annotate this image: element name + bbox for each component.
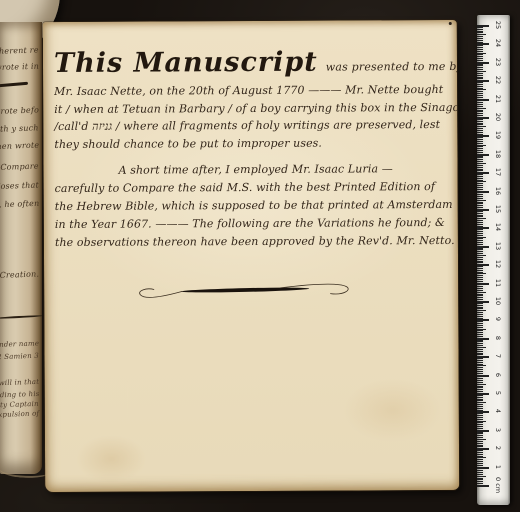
ruler-tick-mm [477, 200, 486, 201]
ruler-tick-cm [477, 135, 489, 137]
ruler-tick-mm [477, 88, 483, 89]
manuscript-line: the Hebrew Bible, which is supposed to b… [55, 196, 455, 216]
ruler-tick-mm [477, 382, 483, 383]
ruler-tick-mm [477, 308, 483, 309]
ruler-tick-mm [477, 424, 483, 425]
manuscript-line: carefully to Compare the said M.S. with … [55, 178, 455, 198]
ruler-tick-mm [477, 104, 483, 105]
ruler-tick-mm [477, 126, 486, 127]
ruler-tick-mm [477, 111, 483, 112]
ruler-tick-mm [477, 71, 486, 72]
ruler-tick-mm [477, 97, 483, 98]
ruler-number: 11 [494, 275, 502, 291]
ruler-tick-mm [477, 457, 486, 458]
ruler-tick-mm [477, 244, 483, 245]
ink-speck [449, 22, 452, 25]
ruler-tick-mm [477, 419, 483, 420]
ruler-tick-mm [477, 483, 483, 484]
ruler-number: 2 [494, 440, 502, 456]
ruler-tick-mm [477, 270, 483, 271]
ruler-tick-cm [477, 430, 489, 432]
ruler-tick-mm [477, 332, 483, 333]
ruler-tick-cm [477, 246, 489, 248]
facing-page-text-fragment: Judah Cohen wrote [0, 141, 39, 153]
ruler-tick-mm [477, 373, 483, 374]
ruler-tick-mm [477, 445, 483, 446]
ruler-tick-mm [477, 347, 486, 348]
ruler-number: 1 [494, 459, 502, 475]
ruler-tick-mm [477, 150, 483, 151]
ruler-tick-mm [477, 384, 486, 385]
ruler-tick-mm [477, 312, 483, 313]
ruler-tick-cm [477, 154, 489, 156]
ruler-tick-mm [477, 415, 483, 416]
ruler-tick-mm [477, 273, 486, 274]
ruler-tick-cm [477, 264, 489, 266]
ruler-tick-mm [477, 292, 486, 293]
ruler-tick-mm [477, 132, 483, 133]
ruler-tick-mm [477, 378, 483, 379]
ruler-number: 5 [494, 385, 502, 401]
ruler-tick-cm [477, 62, 489, 64]
ruler-number: 13 [494, 238, 502, 254]
ruler-tick-mm [477, 389, 483, 390]
ruler-tick-mm [477, 215, 483, 216]
ruler-tick-mm [477, 139, 483, 140]
ruler-tick-mm [477, 141, 483, 142]
ruler-tick-mm [477, 367, 483, 368]
ruler-tick-cm [477, 227, 489, 229]
ruler-tick-mm [477, 167, 483, 168]
ruler-tick-mm [477, 58, 483, 59]
manuscript-line: A short time after, I employed Mr. Isaac… [55, 160, 455, 180]
ruler-tick-mm [477, 406, 483, 407]
ruler-tick-cm [477, 43, 489, 45]
ruler-tick-mm [477, 77, 483, 78]
ruler-number: 3 [494, 422, 502, 438]
facing-page-divider-rule [0, 82, 28, 88]
ruler-tick-mm [477, 349, 483, 350]
manuscript-paragraph-1: Mr. Isaac Nette, on the 20th of August 1… [54, 81, 454, 153]
ruler-tick-mm [477, 400, 483, 401]
ruler-tick-mm [477, 203, 483, 204]
ruler-number: 14 [494, 219, 502, 235]
facing-page-text-fragment: ordines of Compare [0, 162, 39, 174]
ruler-number: 12 [494, 256, 502, 272]
facing-page-text-fragment: at alluding to his [0, 390, 39, 400]
ruler-tick-mm [477, 310, 486, 311]
ruler-tick-cm [477, 319, 489, 321]
facing-page-text-fragment: before the Expulsion of [0, 409, 39, 420]
ruler-tick-mm [477, 479, 483, 480]
ruler-tick-cm [477, 301, 489, 303]
ruler-tick-mm [477, 327, 483, 328]
ruler-tick-cm [477, 467, 489, 469]
ruler: 0 cm123456789101112131415161718192021222… [477, 15, 510, 505]
ruler-tick-mm [477, 32, 483, 33]
facing-page-text-fragment: ica / he wrote it in [0, 62, 39, 74]
ruler-tick-mm [477, 65, 483, 66]
ruler-tick-mm [477, 238, 483, 239]
ruler-tick-mm [477, 257, 483, 258]
ruler-tick-mm [477, 170, 483, 171]
ruler-tick-mm [477, 42, 483, 43]
ruler-tick-mm [477, 470, 483, 471]
ruler-number: 24 [494, 35, 502, 51]
ruler-tick-mm [477, 391, 483, 392]
ruler-number: 23 [494, 54, 502, 70]
manuscript-heading-continuation: was presented to me by the Rev'd. [326, 60, 460, 74]
ruler-tick-mm [477, 93, 483, 94]
manuscript-heading-row: This Manuscript was presented to me by t… [54, 46, 459, 79]
ruler-tick-mm [477, 441, 483, 442]
ruler-tick-mm [477, 255, 486, 256]
ruler-tick-mm [477, 343, 483, 344]
ruler-tick-mm [477, 286, 483, 287]
ruler-tick-mm [477, 226, 483, 227]
ruler-tick-mm [477, 253, 483, 254]
ruler-tick-mm [477, 399, 483, 400]
ruler-tick-mm [477, 325, 483, 326]
ruler-tick-mm [477, 178, 483, 179]
ruler-tick-mm [477, 143, 483, 144]
ruler-tick-mm [477, 422, 483, 423]
ruler-number: 16 [494, 183, 502, 199]
ruler-tick-mm [477, 233, 483, 234]
manuscript-line: it / when at Tetuan in Barbary / of a bo… [54, 98, 454, 118]
ruler-tick-cm [477, 172, 489, 174]
ruler-tick-mm [477, 279, 483, 280]
ruler-tick-mm [477, 181, 486, 182]
ruler-tick-mm [477, 180, 483, 181]
ruler-number: 20 [494, 109, 502, 125]
ruler-tick-mm [477, 261, 483, 262]
ruler-tick-mm [477, 189, 483, 190]
ruler-number: 18 [494, 146, 502, 162]
ruler-tick-cm [477, 356, 489, 358]
ruler-tick-mm [477, 365, 486, 366]
ruler-tick-mm [477, 351, 483, 352]
ruler-tick-cm [477, 448, 489, 450]
facing-page-text-fragment: cushion he tender name [0, 339, 39, 350]
ruler-tick-mm [477, 121, 483, 122]
ruler-tick-mm [477, 465, 483, 466]
ruler-tick-mm [477, 86, 483, 87]
ruler-number: 6 [494, 367, 502, 383]
ruler-tick-mm [477, 433, 483, 434]
ruler-tick-mm [477, 56, 483, 57]
ruler-tick-mm [477, 124, 483, 125]
ruler-tick-mm [477, 452, 483, 453]
ruler-tick-mm [477, 426, 483, 427]
ruler-tick-mm [477, 329, 486, 330]
ruler-tick-mm [477, 194, 483, 195]
ruler-tick-mm [477, 259, 483, 260]
ruler-tick-mm [477, 268, 483, 269]
ruler-tick-mm [477, 75, 483, 76]
ruler-tick-mm [477, 404, 483, 405]
ruler-tick-mm [477, 249, 483, 250]
ruler-tick-mm [477, 205, 483, 206]
ruler-tick-mm [477, 128, 483, 129]
ruler-tick-mm [477, 463, 483, 464]
ruler-tick-mm [477, 73, 483, 74]
facing-page-text-fragment: in life of Moses that [0, 181, 39, 193]
ruler-tick-mm [477, 456, 483, 457]
ruler-tick-mm [477, 353, 483, 354]
facing-page-text-fragment: ode, have wrote befo [0, 105, 39, 117]
ruler-tick-mm [477, 461, 483, 462]
ruler-tick-mm [477, 183, 483, 184]
ruler-tick-mm [477, 53, 486, 54]
ruler-tick-mm [477, 108, 486, 109]
ruler-number: 17 [494, 164, 502, 180]
ruler-number: 19 [494, 127, 502, 143]
ruler-tick-mm [477, 242, 483, 243]
ruler-tick-mm [477, 31, 483, 32]
ruler-tick-mm [477, 145, 486, 146]
ruler-tick-mm [477, 130, 483, 131]
ruler-tick-mm [477, 323, 483, 324]
ruler-tick-mm [477, 161, 483, 162]
ruler-tick-mm [477, 106, 483, 107]
ruler-tick-mm [477, 459, 483, 460]
ruler-tick-mm [477, 262, 483, 263]
ruler-tick-mm [477, 51, 483, 52]
ruler-tick-mm [477, 334, 483, 335]
ruler-tick-mm [477, 386, 483, 387]
ruler-tick-mm [477, 216, 483, 217]
facing-page-long-rule [0, 315, 42, 320]
ruler-tick-mm [477, 115, 483, 116]
ruler-tick-mm [477, 446, 483, 447]
ruler-tick-mm [477, 318, 483, 319]
ruler-tick-mm [477, 295, 483, 296]
ruler-tick-mm [477, 67, 483, 68]
ruler-tick-mm [477, 478, 483, 479]
ruler-tick-mm [477, 474, 483, 475]
ruler-tick-cm [477, 191, 489, 193]
ruler-tick-mm [477, 218, 486, 219]
ruler-tick-cm [477, 393, 489, 395]
ruler-tick-mm [477, 89, 486, 90]
ruler-tick-cm [477, 411, 489, 413]
ruler-number: 15 [494, 201, 502, 217]
ruler-tick-mm [477, 336, 483, 337]
ruler-tick-mm [477, 397, 483, 398]
ruler-tick-mm [477, 341, 483, 342]
facing-page-text-fragment: 82 * of the Creation. [0, 269, 39, 281]
ruler-tick-mm [477, 102, 483, 103]
facing-page: nuscript, adherent reica / he wrote it i… [0, 22, 42, 474]
ruler-tick-cm [477, 485, 489, 487]
ruler-tick-mm [477, 408, 483, 409]
ruler-tick-mm [477, 472, 483, 473]
manuscript-line: Mr. Isaac Nette, on the 20th of August 1… [54, 81, 454, 101]
ruler-number: 25 [494, 17, 502, 33]
ruler-tick-cm [477, 25, 489, 27]
facing-page-text-fragment: a Mighty Captain [0, 400, 39, 410]
ruler-tick-mm [477, 54, 483, 55]
ruler-tick-cm [477, 209, 489, 211]
ruler-tick-mm [477, 196, 483, 197]
ruler-tick-cm [477, 99, 489, 101]
ruler-tick-mm [477, 481, 483, 482]
ruler-tick-mm [477, 40, 483, 41]
ruler-tick-mm [477, 235, 483, 236]
facing-page-text-fragment: d together with y such [0, 123, 39, 135]
ruler-tick-cm [477, 283, 489, 285]
ruler-tick-mm [477, 380, 483, 381]
ruler-tick-mm [477, 157, 483, 158]
ruler-tick-mm [477, 49, 483, 50]
ruler-tick-mm [477, 78, 483, 79]
ruler-number: 4 [494, 403, 502, 419]
ruler-tick-mm [477, 231, 483, 232]
ruler-tick-mm [477, 251, 483, 252]
facing-page-text-fragment: Samiah 2 Samien 3 [0, 352, 39, 363]
ruler-number: 22 [494, 72, 502, 88]
ruler-tick-mm [477, 95, 483, 96]
ruler-tick-mm [477, 371, 483, 372]
ruler-tick-mm [477, 169, 483, 170]
ruler-tick-mm [477, 163, 486, 164]
ruler-tick-mm [477, 281, 483, 282]
manuscript-heading: This Manuscript [54, 47, 318, 79]
ruler-tick-mm [477, 369, 483, 370]
ruler-number: 10 [494, 293, 502, 309]
ruler-tick-mm [477, 443, 483, 444]
ruler-tick-mm [477, 290, 483, 291]
ruler-tick-mm [477, 360, 483, 361]
manuscript-page: This Manuscript was presented to me by t… [43, 20, 459, 492]
ruler-tick-mm [477, 314, 483, 315]
ruler-tick-mm [477, 69, 483, 70]
ruler-tick-mm [477, 152, 483, 153]
ruler-tick-mm [477, 110, 483, 111]
ruler-tick-mm [477, 36, 483, 37]
facing-page-text-fragment: nuscript, adherent re [0, 45, 39, 57]
manuscript-paragraph-2: A short time after, I employed Mr. Isaac… [55, 160, 455, 252]
ruler-number: 0 cm [494, 477, 502, 493]
ruler-tick-mm [477, 146, 483, 147]
ruler-tick-mm [477, 165, 483, 166]
ruler-tick-mm [477, 437, 483, 438]
ruler-tick-mm [477, 34, 486, 35]
facing-page-text-fragment: com to will in that [0, 378, 39, 388]
ruler-tick-mm [477, 213, 483, 214]
ruler-tick-mm [477, 47, 483, 48]
ruler-tick-mm [477, 330, 483, 331]
ruler-tick-mm [477, 187, 483, 188]
ruler-tick-mm [477, 60, 483, 61]
ruler-tick-mm [477, 275, 483, 276]
ruler-tick-cm [477, 338, 489, 340]
ruler-tick-cm [477, 117, 489, 119]
ruler-tick-mm [477, 134, 483, 135]
ruler-tick-mm [477, 198, 483, 199]
ruler-tick-mm [477, 277, 483, 278]
ruler-tick-mm [477, 237, 486, 238]
ruler-tick-mm [477, 123, 483, 124]
ruler-tick-mm [477, 159, 483, 160]
ruler-tick-mm [477, 294, 483, 295]
ruler-tick-mm [477, 297, 483, 298]
manuscript-line: they should chance to be put to improper… [54, 133, 454, 153]
divider-flourish [130, 276, 360, 305]
facing-page-text-fragment: Moses, he often [0, 199, 39, 210]
ruler-tick-mm [477, 364, 483, 365]
ruler-tick-mm [477, 222, 483, 223]
ruler-tick-mm [477, 207, 483, 208]
ruler-tick-mm [477, 421, 486, 422]
ruler-number: 8 [494, 330, 502, 346]
ruler-tick-mm [477, 113, 483, 114]
ruler-tick-mm [477, 417, 483, 418]
ruler-tick-mm [477, 454, 483, 455]
ruler-tick-mm [477, 435, 483, 436]
ruler-tick-mm [477, 354, 483, 355]
ruler-tick-mm [477, 148, 483, 149]
ruler-tick-mm [477, 224, 483, 225]
ruler-tick-mm [477, 91, 483, 92]
ruler-tick-cm [477, 80, 489, 82]
ruler-tick-mm [477, 402, 486, 403]
manuscript-line: in the Year 1667. ——— The following are … [55, 214, 455, 234]
ruler-tick-mm [477, 428, 483, 429]
ruler-tick-mm [477, 240, 483, 241]
manuscript-line: /call'd גניזה / where all fragments of h… [54, 116, 454, 136]
ruler-tick-mm [477, 202, 483, 203]
ruler-tick-mm [477, 272, 483, 273]
ruler-tick-mm [477, 362, 483, 363]
ruler-tick-mm [477, 38, 483, 39]
ruler-number: 21 [494, 91, 502, 107]
ruler-tick-mm [477, 410, 483, 411]
ruler-tick-mm [477, 288, 483, 289]
ruler-tick-mm [477, 387, 483, 388]
ruler-tick-mm [477, 29, 483, 30]
ruler-tick-mm [477, 439, 486, 440]
ruler-number: 9 [494, 311, 502, 327]
ruler-tick-mm [477, 316, 483, 317]
ruler-tick-mm [477, 299, 483, 300]
ruler-tick-mm [477, 84, 483, 85]
ruler-tick-mm [477, 476, 486, 477]
ruler-tick-cm [477, 375, 489, 377]
ruler-tick-mm [477, 220, 483, 221]
ruler-tick-mm [477, 345, 483, 346]
ruler-tick-mm [477, 185, 483, 186]
ruler-number: 7 [494, 348, 502, 364]
ruler-tick-mm [477, 307, 483, 308]
ruler-tick-mm [477, 176, 483, 177]
ruler-tick-mm [477, 305, 483, 306]
manuscript-line: the observations thereon have been appro… [55, 232, 455, 252]
